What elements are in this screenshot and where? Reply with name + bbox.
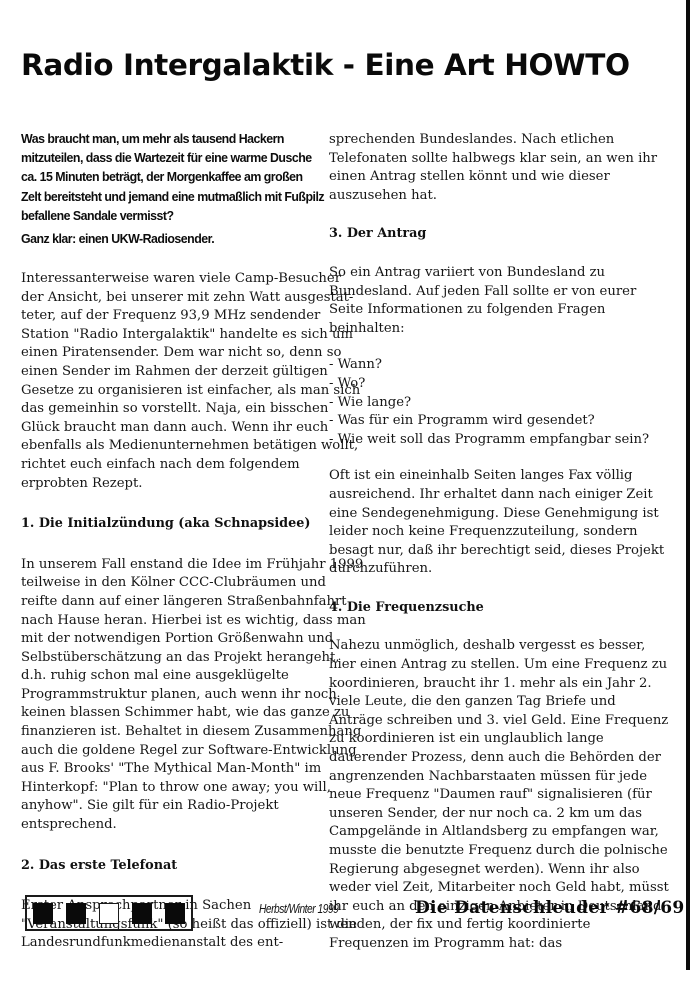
text-line: hier einen Antrag zu stellen. Um eine Fr…	[329, 656, 639, 675]
text-line: Gesetze zu organisieren ist einfacher, a…	[21, 382, 321, 401]
text-line: einen Piratensender. Dem war nicht so, d…	[21, 344, 321, 363]
text-line: neue Frequenz "Daumen rauf" signalisiere…	[329, 786, 639, 805]
issue-date: Herbst/Winter 1999	[259, 902, 338, 916]
text-line: Oft ist ein eineinhalb Seiten langes Fax…	[329, 467, 639, 486]
logo-square-filled-icon	[66, 903, 86, 924]
text-line: einen Sender im Rahmen der derzeit gülti…	[21, 363, 321, 382]
text-line: durchzuführen.	[329, 560, 639, 579]
section-heading-frequenzsuche: 4. Die Frequenzsuche	[329, 599, 639, 618]
article-title: Radio Intergalaktik - Eine Art HOWTO	[21, 47, 630, 83]
lead-answer: Ganz klar: einen UKW-Radiosender.	[21, 229, 300, 248]
text-line: Programmstruktur planen, auch wenn ihr n…	[21, 686, 321, 705]
text-line: Telefonaten sollte halbwegs klar sein, a…	[329, 150, 639, 169]
text-line: keinen blassen Schimmer habt, wie das ga…	[21, 704, 321, 723]
text-line: Interessanterweise waren viele Camp-Besu…	[21, 270, 321, 289]
section-heading-initialzuendung: 1. Die Initialzündung (aka Schnapsidee)	[21, 515, 321, 534]
intro-paragraph: Interessanterweise waren viele Camp-Besu…	[21, 270, 321, 493]
text-line: teilweise in den Kölner CCC-Clubräumen u…	[21, 574, 321, 593]
lead-paragraph: Was braucht man, um mehr als tausend Hac…	[21, 129, 328, 225]
text-line: richtet euch einfach nach dem folgendem	[21, 456, 321, 475]
lead-line: ca. 15 Minuten beträgt, der Morgenkaffee…	[21, 167, 328, 186]
lead-line: Was braucht man, um mehr als tausend Hac…	[21, 129, 328, 148]
text-line: ebenfalls als Medienunternehmen betätige…	[21, 437, 321, 456]
text-line: Regierung abgesegnet werden). Wenn ihr a…	[329, 861, 639, 880]
footer-logo-squares	[25, 895, 193, 931]
text-line: Station "Radio Intergalaktik" handelte e…	[21, 326, 321, 345]
logo-square-filled-icon	[33, 903, 53, 924]
text-line: besagt nur, daß ihr berechtigt seid, die…	[329, 542, 639, 561]
section1-paragraph: In unserem Fall enstand die Idee im Früh…	[21, 556, 321, 835]
text-line: reifte dann auf einer längeren Straßenba…	[21, 593, 321, 612]
text-line: Hinterkopf: "Plan to throw one away; you…	[21, 779, 321, 798]
section3-intro: So ein Antrag variiert von Bundesland zu…	[329, 264, 639, 338]
text-line: mit der notwendigen Portion Größenwahn u…	[21, 630, 321, 649]
section-heading-antrag: 3. Der Antrag	[329, 225, 639, 244]
right-column: sprechenden Bundeslandes. Nach etlichen …	[329, 131, 639, 954]
antrag-questions-list: - Wann? - Wo? - Wie lange? - Was für ein…	[329, 356, 639, 449]
text-line: erprobten Rezept.	[21, 475, 321, 494]
text-line: einen Antrag stellen könnt und wie diese…	[329, 168, 639, 187]
list-item: - Wie lange?	[329, 394, 639, 413]
text-line: weder viel Zeit, Mitarbeiter noch Geld h…	[329, 879, 639, 898]
text-line: wenden, der fix und fertig koordinierte	[329, 916, 639, 935]
text-line: teter, auf der Frequenz 93,9 MHz sendend…	[21, 307, 321, 326]
magazine-name: Die Datenschleuder #68/69	[415, 898, 684, 918]
text-line: Selbstüberschätzung an das Projekt heran…	[21, 649, 321, 668]
section3-outro: Oft ist ein eineinhalb Seiten langes Fax…	[329, 467, 639, 579]
text-line: viele Leute, die den ganzen Tag Briefe u…	[329, 693, 639, 712]
text-line: Seite Informationen zu folgenden Fragen	[329, 301, 639, 320]
text-line: So ein Antrag variiert von Bundesland zu	[329, 264, 639, 283]
left-column: Was braucht man, um mehr als tausend Hac…	[21, 129, 321, 953]
text-line: Nahezu unmöglich, deshalb vergesst es be…	[329, 637, 639, 656]
list-item: - Was für ein Programm wird gesendet?	[329, 412, 639, 431]
text-line: entsprechend.	[21, 816, 321, 835]
text-line: Campgelände in Altlandsberg zu empfangen…	[329, 823, 639, 842]
page-edge-rule	[686, 0, 690, 970]
section-heading-telefonat: 2. Das erste Telefonat	[21, 857, 321, 876]
text-line: das gemeinhin so vorstellt. Naja, ein bi…	[21, 400, 321, 419]
text-line: In unserem Fall enstand die Idee im Früh…	[21, 556, 321, 575]
text-line: koordinieren, braucht ihr 1. mehr als ei…	[329, 675, 639, 694]
text-line: Landesrundfunkmedienanstalt des ent-	[21, 934, 321, 953]
text-line: angrenzenden Nachbarstaaten müssen für j…	[329, 768, 639, 787]
text-line: auszusehen hat.	[329, 187, 639, 206]
list-item: - Wo?	[329, 375, 639, 394]
text-line: anyhow". Sie gilt für ein Radio-Projekt	[21, 797, 321, 816]
lead-line: befallene Sandale vermisst?	[21, 206, 328, 225]
list-item: - Wie weit soll das Programm empfangbar …	[329, 431, 639, 450]
text-line: nach Hause heran. Hierbei ist es wichtig…	[21, 612, 321, 631]
text-line: d.h. ruhig schon mal eine ausgeklügelte	[21, 667, 321, 686]
text-line: Glück braucht man dann auch. Wenn ihr eu…	[21, 419, 321, 438]
text-line: ausreichend. Ihr erhaltet dann nach eini…	[329, 486, 639, 505]
section2-paragraph-end: sprechenden Bundeslandes. Nach etlichen …	[329, 131, 639, 205]
text-line: auch die goldene Regel zur Software-Entw…	[21, 742, 321, 761]
text-line: beinhalten:	[329, 320, 639, 339]
logo-square-filled-icon	[165, 903, 185, 924]
lead-line: mitzuteilen, dass die Wartezeit für eine…	[21, 148, 328, 167]
text-line: der Ansicht, bei unserer mit zehn Watt a…	[21, 289, 321, 308]
text-line: finanzieren ist. Behaltet in diesem Zusa…	[21, 723, 321, 742]
text-line: aus F. Brooks' "The Mythical Man-Month" …	[21, 760, 321, 779]
text-line: unseren Sender, der nur noch ca. 2 km um…	[329, 805, 639, 824]
text-line: eine Sendegenehmigung. Diese Genehmigung…	[329, 505, 639, 524]
logo-square-filled-icon	[132, 903, 152, 924]
lead-line: Zelt bereitsteht und jemand eine mutmaßl…	[21, 187, 328, 206]
text-line: dauerender Prozess, denn auch die Behörd…	[329, 749, 639, 768]
text-line: zu koordinieren ist ein unglaublich lang…	[329, 730, 639, 749]
text-line: Frequenzen im Programm hat: das	[329, 935, 639, 954]
text-line: musste die benutzte Frequenz durch die p…	[329, 842, 639, 861]
text-line: leider noch keine Frequenzzuteilung, son…	[329, 523, 639, 542]
logo-square-empty-icon	[99, 903, 119, 924]
text-line: Bundesland. Auf jeden Fall sollte er von…	[329, 283, 639, 302]
list-item: - Wann?	[329, 356, 639, 375]
text-line: sprechenden Bundeslandes. Nach etlichen	[329, 131, 639, 150]
text-line: Anträge schreiben und 3. viel Geld. Eine…	[329, 712, 639, 731]
